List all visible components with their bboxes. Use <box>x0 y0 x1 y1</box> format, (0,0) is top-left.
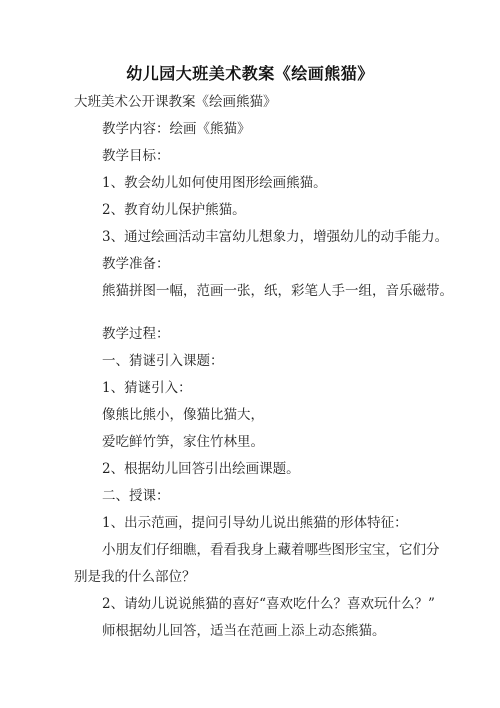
process-step-heading: 一、猜谜引入课题： <box>102 352 224 370</box>
goal-item: 1、教会幼儿如何使用图形绘画熊猫。 <box>102 174 327 192</box>
riddle-line: 像熊比熊小，像猫比猫大， <box>102 406 264 424</box>
process-substep: 1、猜谜引入： <box>102 379 192 397</box>
goal-item: 3、通过绘画活动丰富幼儿想象力，增强幼儿的动手能力。 <box>102 228 448 246</box>
subtitle-line: 大班美术公开课教案《绘画熊猫》 <box>74 93 277 111</box>
paragraph-line-continued: 别是我的什么部位？ <box>74 568 196 586</box>
paragraph-line: 师根据幼儿回答，适当在范画上添上动态熊猫。 <box>102 622 386 640</box>
document-page: 幼儿园大班美术教案《绘画熊猫》 大班美术公开课教案《绘画熊猫》 教学内容：绘画《… <box>0 0 500 708</box>
goal-item: 2、教育幼儿保护熊猫。 <box>102 201 246 219</box>
paragraph-line: 小朋友们仔细瞧，看看我身上藏着哪些图形宝宝，它们分 <box>102 541 440 559</box>
preparation-text: 熊猫拼图一幅，范画一张，纸，彩笔人手一组，音乐磁带。 <box>102 282 453 300</box>
section-heading-process: 教学过程： <box>102 325 170 343</box>
section-heading-preparation: 教学准备： <box>102 255 170 273</box>
process-substep: 2、根据幼儿回答引出绘画课题。 <box>102 460 300 478</box>
document-title: 幼儿园大班美术教案《绘画熊猫》 <box>0 64 500 84</box>
process-substep: 1、出示范画，提问引导幼儿说出熊猫的形体特征： <box>102 514 408 532</box>
teaching-content: 教学内容：绘画《熊猫》 <box>102 120 251 138</box>
process-substep: 2、请幼儿说说熊猫的喜好“喜欢吃什么？喜欢玩什么？” <box>102 595 435 613</box>
riddle-line: 爱吃鲜竹笋，家住竹林里。 <box>102 433 264 451</box>
section-heading-goals: 教学目标： <box>102 147 170 165</box>
process-step-heading: 二、授课： <box>102 487 170 505</box>
